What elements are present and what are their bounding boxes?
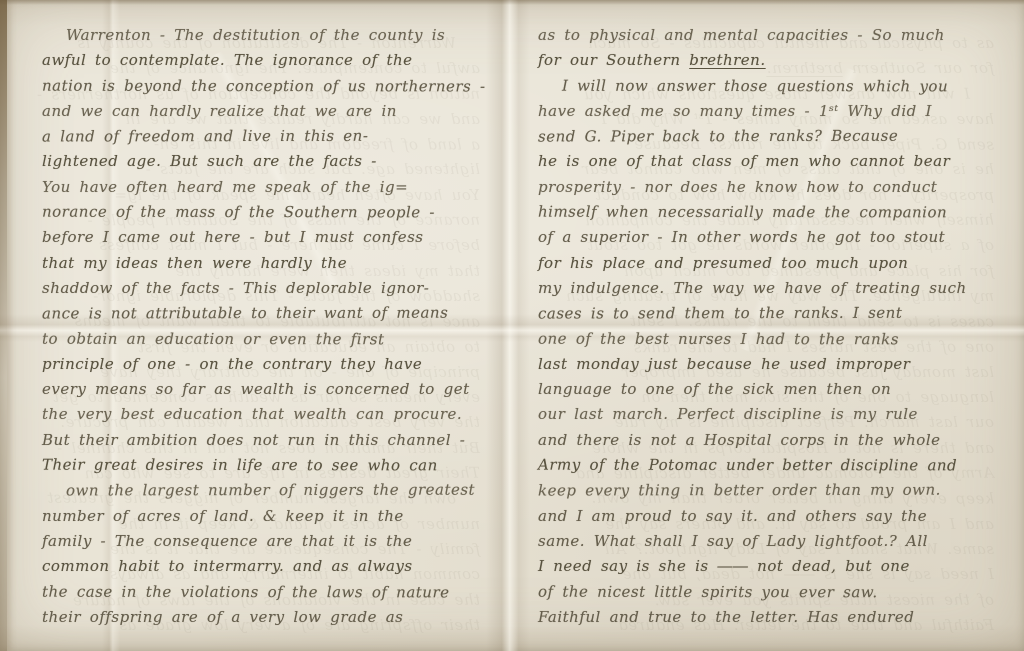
letter-line: have asked me so many times - 1ˢᵗ Why di… — [538, 99, 990, 124]
letter-line: shaddow of the facts - This deplorable i… — [42, 276, 478, 301]
letter-line: Army of the Potomac under better discipl… — [538, 453, 990, 479]
letter-line: and I am proud to say it. and others say… — [538, 504, 990, 529]
letter-line: awful to contemplate. The ignorance of t… — [42, 48, 478, 73]
letter-line: himself when necessarially made the comp… — [538, 200, 990, 226]
letter-scan: Warrenton - The destitution of the count… — [0, 0, 1024, 651]
letter-line: last monday just because he used imprope… — [538, 352, 990, 377]
letter-line: common habit to intermarry. and as alway… — [42, 554, 478, 579]
letter-line: ance is not attributable to their want o… — [42, 301, 478, 327]
letter-line: norance of the mass of the Southern peop… — [42, 200, 478, 226]
letter-line: language to one of the sick men then on — [538, 377, 990, 402]
letter-line: and we can hardly realize that we are in — [42, 99, 478, 124]
letter-line: the case in the violations of the laws o… — [42, 579, 478, 605]
letter-line: send G. Piper back to the ranks? Because — [538, 124, 990, 150]
letter-line: same. What shall I say of Lady lightfoot… — [538, 529, 990, 554]
letter-line: one of the best nurses I had to the rank… — [538, 326, 990, 352]
letter-line: principle of one - on the contrary they … — [42, 352, 478, 377]
letter-line: number of acres of land. & keep it in th… — [42, 504, 478, 529]
letter-line: our last march. Perfect discipline is my… — [538, 402, 990, 427]
letter-line: But their ambition does not run in this … — [42, 428, 478, 453]
letter-line: to obtain an education or even the first — [42, 326, 478, 352]
letter-line: own the largest number of niggers the gr… — [42, 478, 478, 504]
letter-line: that my ideas then were hardly the — [42, 251, 478, 276]
letter-line: You have often heard me speak of the ig= — [42, 175, 478, 200]
page-left-text: Warrenton - The destitution of the count… — [42, 23, 478, 630]
letter-line: and there is not a Hospital corps in the… — [538, 428, 990, 453]
letter-line: I will now answer those questions which … — [538, 73, 990, 99]
letter-line: prosperity - nor does he know how to con… — [538, 175, 990, 200]
letter-line: lightened age. But such are the facts - — [42, 149, 478, 174]
letter-line: keep every thing in better order than my… — [538, 478, 990, 504]
letter-line: Their great desires in life are to see w… — [42, 453, 478, 479]
letter-line: a land of freedom and live in this en- — [42, 124, 478, 150]
letter-line: before I came out here - but I must conf… — [42, 225, 478, 250]
letter-line: I need say is she is ―― not dead, but on… — [538, 554, 990, 579]
letter-line: nation is beyond the conception of us no… — [42, 73, 478, 99]
letter-line: cases is to send them to the ranks. I se… — [538, 301, 990, 327]
letter-line: Faithful and true to the letter. Has end… — [538, 605, 990, 630]
letter-line: he is one of that class of men who canno… — [538, 149, 990, 174]
letter-line: family - The consequence are that it is … — [42, 529, 478, 554]
letter-line: my indulgence. The way we have of treati… — [538, 276, 990, 301]
letter-line: for his place and presumed too much upon — [538, 251, 990, 276]
letter-line: as to physical and mental capacities - S… — [538, 23, 990, 48]
letter-line: Warrenton - The destitution of the count… — [42, 23, 478, 48]
letter-line: every means so far as wealth is concerne… — [42, 377, 478, 402]
letter-line: for our Southern brethren. — [538, 48, 990, 73]
letter-line: the very best education that wealth can … — [42, 402, 478, 427]
letter-line: their offspring are of a very low grade … — [42, 605, 478, 630]
underlined-word: brethren. — [689, 51, 765, 69]
letter-line: of a superior - In other words he got to… — [538, 225, 990, 250]
letter-line: of the nicest little spirits you ever sa… — [538, 579, 990, 605]
page-right-text: as to physical and mental capacities - S… — [538, 23, 990, 630]
